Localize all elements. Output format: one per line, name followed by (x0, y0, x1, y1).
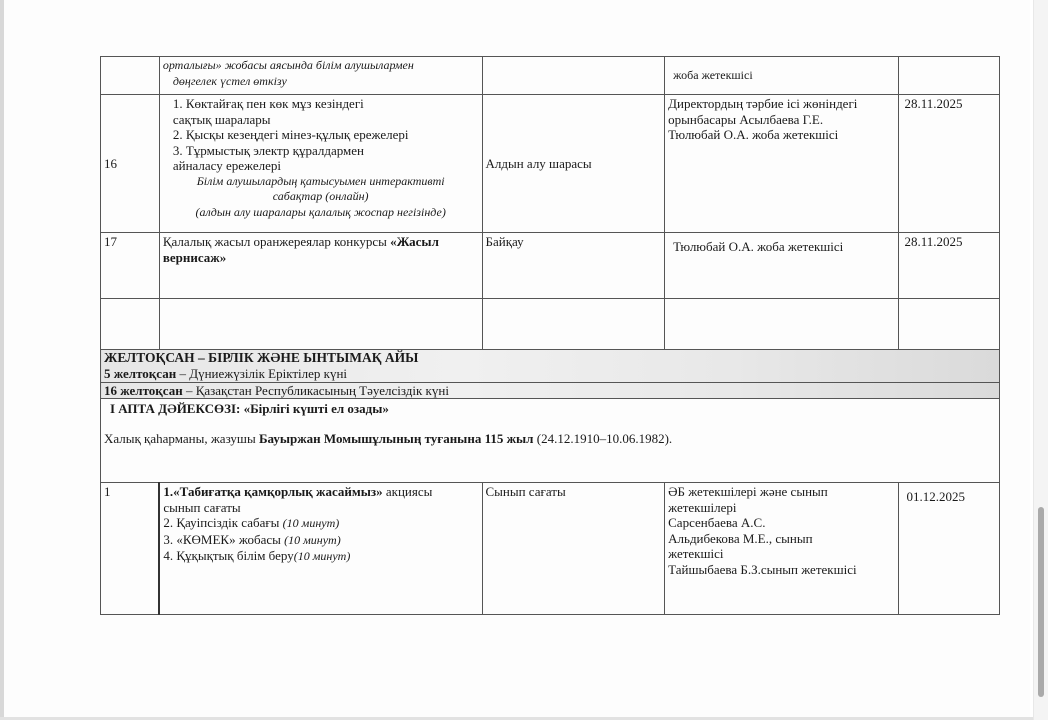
section-title: ЖЕЛТОҚСАН – БІРЛІК ЖӘНЕ ЫНТЫМАҚ АЙЫ (104, 350, 996, 366)
event-line: сынып сағаты (163, 500, 478, 516)
cell-event: Қалалық жасыл оранжереялар конкурсы «Жас… (159, 233, 482, 299)
cell-empty (665, 299, 898, 350)
cell-form: Байқау (482, 233, 665, 299)
table-row-1: 1 1.«Табиғатқа қамқорлық жасаймыз» акция… (101, 483, 1000, 615)
responsible-text: Тюлюбай О.А. жоба жетекшісі (673, 239, 843, 254)
cell-form (482, 57, 665, 95)
event-title: 1.«Табиғатқа қамқорлық жасаймыз» (163, 484, 382, 499)
table-row-empty (101, 299, 1000, 350)
responsible-line: Тюлюбай О.А. жоба жетекшісі (668, 127, 894, 143)
cell-responsible: Директордың тәрбие ісі жөніндегі орынбас… (665, 95, 898, 233)
cell-num: 17 (101, 233, 160, 299)
event-text: акциясы (383, 484, 433, 499)
section-cell: 16 желтоқсан – Қазақстан Республикасының… (101, 383, 1000, 399)
event-text: Қалалық жасыл оранжереялар конкурсы (163, 234, 390, 249)
event-plan-table: орталығы» жобасы аясында білім алушыларм… (100, 56, 1000, 615)
anniversary-dates: (24.12.1910–10.06.1982). (533, 431, 672, 446)
section-holiday-row: 16 желтоқсан – Қазақстан Республикасының… (101, 383, 1000, 399)
event-line: орталығы» жобасы аясында білім алушыларм… (163, 58, 479, 74)
responsible-line: Альдибекова М.Е., сынып (668, 531, 894, 547)
responsible-line: жетекшісі (668, 546, 894, 562)
event-note: Білім алушылардың қатысуымен интерактивт… (163, 174, 479, 190)
responsible-line: Тайшыбаева Б.З.сынып жетекшісі (668, 562, 894, 578)
cell-date: 28.11.2025 (898, 233, 1000, 299)
scrollbar-thumb[interactable] (1038, 507, 1044, 697)
cell-empty (101, 299, 160, 350)
cell-responsible: Тюлюбай О.А. жоба жетекшісі (665, 233, 898, 299)
event-item: 3. «КӨМЕК» жобасы (163, 532, 284, 547)
section-month-header: ЖЕЛТОҚСАН – БІРЛІК ЖӘНЕ ЫНТЫМАҚ АЙЫ 5 же… (101, 350, 1000, 383)
responsible-line: жетекшілері (668, 500, 894, 516)
event-line: сақтық шаралары (163, 112, 479, 128)
week-motto-row: І АПТА ДӘЙЕКСӨЗІ: «Бірлігі күшті ел озад… (101, 399, 1000, 483)
cell-num: 16 (101, 95, 160, 233)
event-duration: (10 минут) (294, 549, 351, 563)
cell-form: Алдын алу шарасы (482, 95, 665, 233)
responsible-line: Директордың тәрбие ісі жөніндегі (668, 96, 894, 112)
cell-event: 1. Көктайғақ пен көк мұз кезіндегі сақты… (159, 95, 482, 233)
cell-event: орталығы» жобасы аясында білім алушыларм… (159, 57, 482, 95)
responsible-line: ӘБ жетекшілері және сынып (668, 484, 894, 500)
event-item: 4. Құқықтық білім беру (163, 548, 293, 563)
cell-empty (482, 299, 665, 350)
holiday-name: – Дүниежүзілік Еріктілер күні (176, 366, 347, 381)
holiday-date: 5 желтоқсан (104, 366, 176, 381)
week-cell: І АПТА ДӘЙЕКСӨЗІ: «Бірлігі күшті ел озад… (101, 399, 1000, 483)
section-cell: ЖЕЛТОҚСАН – БІРЛІК ЖӘНЕ ЫНТЫМАҚ АЙЫ 5 же… (101, 350, 1000, 383)
document-page: орталығы» жобасы аясында білім алушыларм… (0, 0, 1030, 718)
cell-responsible: жоба жетекшісі (665, 57, 898, 95)
cell-date (898, 57, 1000, 95)
event-line: 3. Тұрмыстық электр құралдармен (163, 143, 479, 159)
event-item: 2. Қауіпсіздік сабағы (163, 515, 282, 530)
event-duration: (10 минут) (283, 516, 340, 530)
holiday-date: 16 желтоқсан (104, 383, 183, 398)
table-row-continued: орталығы» жобасы аясында білім алушыларм… (101, 57, 1000, 95)
page-edge (0, 0, 4, 720)
event-note: сабақтар (онлайн) (163, 189, 479, 205)
anniversary-text: Халық қаһарманы, жазушы (104, 431, 259, 446)
cell-date: 01.12.2025 (898, 483, 1000, 615)
anniversary-title: Бауыржан Момышұлының туғанына 115 жыл (259, 431, 534, 446)
event-line: айналасу ережелері (163, 158, 479, 174)
event-note: (алдын алу шаралары қалалық жоспар негіз… (163, 205, 479, 221)
cell-date: 28.11.2025 (898, 95, 1000, 233)
cell-num: 1 (101, 483, 160, 615)
responsible-line: орынбасары Асылбаева Г.Е. (668, 112, 894, 128)
holiday-name: – Қазақстан Республикасының Тәуелсіздік … (183, 383, 449, 398)
cell-empty (898, 299, 1000, 350)
week-motto: І АПТА ДӘЙЕКСӨЗІ: «Бірлігі күшті ел озад… (104, 401, 996, 417)
event-line: дөңгелек үстел өткізу (163, 74, 479, 90)
event-line: 1. Көктайғақ пен көк мұз кезіндегі (163, 96, 479, 112)
table-row-17: 17 Қалалық жасыл оранжереялар конкурсы «… (101, 233, 1000, 299)
event-line: 2. Қысқы кезеңдегі мінез-құлық ережелері (163, 127, 479, 143)
cell-responsible: ӘБ жетекшілері және сынып жетекшілері Са… (665, 483, 898, 615)
event-duration: (10 минут) (284, 533, 341, 547)
responsible-line: Сарсенбаева А.С. (668, 515, 894, 531)
table-row-16: 16 1. Көктайғақ пен көк мұз кезіндегі са… (101, 95, 1000, 233)
cell-event: 1.«Табиғатқа қамқорлық жасаймыз» акциясы… (159, 483, 482, 615)
cell-form: Сынып сағаты (482, 483, 665, 615)
cell-empty (159, 299, 482, 350)
cell-num (101, 57, 160, 95)
responsible-text: жоба жетекшісі (673, 68, 753, 82)
